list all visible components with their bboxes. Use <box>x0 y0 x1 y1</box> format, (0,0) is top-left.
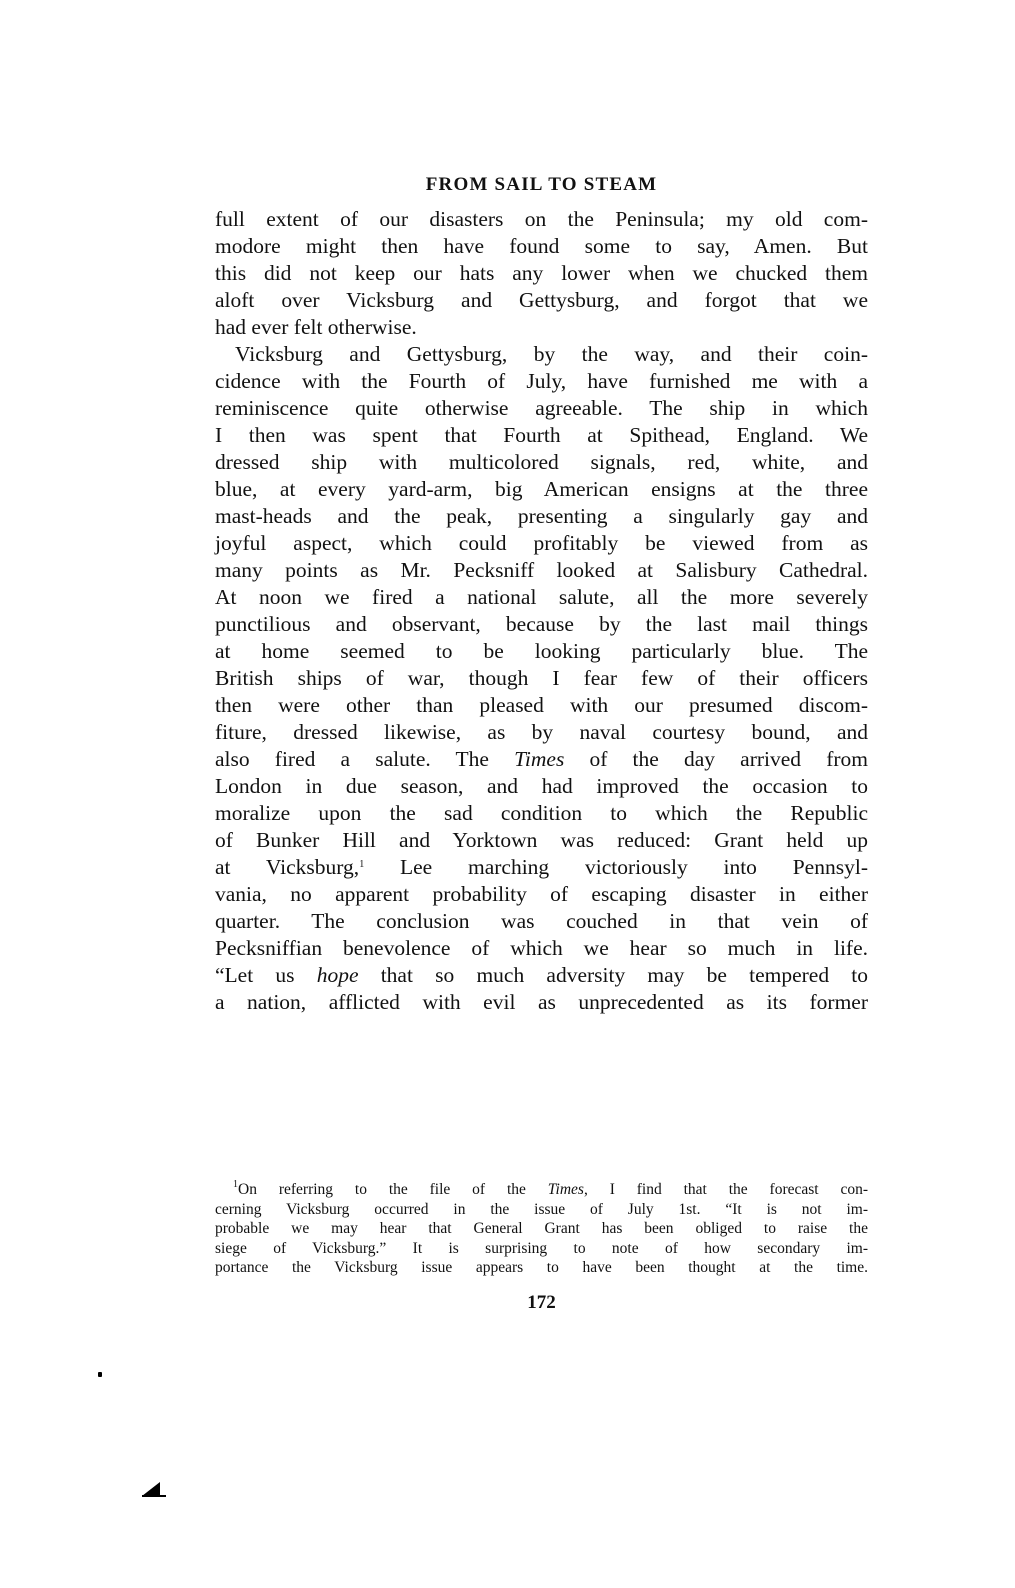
text-segment: On referring to the file of the <box>238 1181 548 1198</box>
scan-artifact-corner <box>142 1482 160 1496</box>
text-line-24: of Bunker Hill and Yorktown was reduced:… <box>215 827 868 854</box>
footnote-line-4: siege of Vicksburg.” It is surprising to… <box>215 1239 868 1259</box>
text-line-3: this did not keep our hats any lower whe… <box>215 260 868 287</box>
text-line-2: modore might then have found some to say… <box>215 233 868 260</box>
italic-emphasis: hope <box>317 963 359 987</box>
text-line-9: I then was spent that Fourth at Spithead… <box>215 422 868 449</box>
text-segment: that so much adversity may be tempered t… <box>359 963 869 987</box>
footnote-line-3: probable we may hear that General Grant … <box>215 1219 868 1239</box>
text-line-10: dressed ship with multicolored signals, … <box>215 449 868 476</box>
text-line-8: reminiscence quite otherwise agreeable. … <box>215 395 868 422</box>
text-line-11: blue, at every yard-arm, big American en… <box>215 476 868 503</box>
text-line-26: vania, no apparent probability of escapi… <box>215 881 868 908</box>
text-line-19: then were other than pleased with our pr… <box>215 692 868 719</box>
text-line-18: British ships of war, though I fear few … <box>215 665 868 692</box>
text-line-27: quarter. The conclusion was couched in t… <box>215 908 868 935</box>
scan-artifact-line <box>142 1495 166 1497</box>
text-line-1: full extent of our disasters on the Peni… <box>215 206 868 233</box>
text-line-13: joyful aspect, which could profitably be… <box>215 530 868 557</box>
text-line-6: Vicksburg and Gettysburg, by the way, an… <box>215 341 868 368</box>
footnote: 1On referring to the file of the Times, … <box>215 1180 868 1278</box>
body-text: full extent of our disasters on the Peni… <box>215 206 868 1016</box>
text-line-30: a nation, afflicted with evil as unprece… <box>215 989 868 1016</box>
book-page: FROM SAIL TO STEAM full extent of our di… <box>0 0 1015 1588</box>
italic-title: Times <box>548 1181 584 1198</box>
page-number: 172 <box>215 1292 868 1314</box>
text-line-16: punctilious and observant, because by th… <box>215 611 868 638</box>
text-line-15: At noon we fired a national salute, all … <box>215 584 868 611</box>
text-line-7: cidence with the Fourth of July, have fu… <box>215 368 868 395</box>
text-segment: “Let us <box>215 963 317 987</box>
text-line-29: “Let us hope that so much adversity may … <box>215 962 868 989</box>
italic-title: Times <box>514 747 564 771</box>
text-segment: Lee marching victoriously into Pennsyl- <box>364 855 868 879</box>
running-head: FROM SAIL TO STEAM <box>215 174 868 196</box>
text-line-25: at Vicksburg,1 Lee marching victoriously… <box>215 854 868 881</box>
text-line-21: also fired a salute. The Times of the da… <box>215 746 868 773</box>
footnote-line-2: cerning Vicksburg occurred in the issue … <box>215 1200 868 1220</box>
footnote-line-1: 1On referring to the file of the Times, … <box>215 1180 868 1200</box>
text-segment: at Vicksburg, <box>215 855 359 879</box>
text-line-5: had ever felt otherwise. <box>215 314 868 341</box>
text-line-14: many points as Mr. Pecksniff looked at S… <box>215 557 868 584</box>
text-line-23: moralize upon the sad condition to which… <box>215 800 868 827</box>
text-segment: , I find that the forecast con- <box>584 1181 868 1198</box>
scan-artifact-dot <box>98 1372 102 1377</box>
text-line-17: at home seemed to be looking particularl… <box>215 638 868 665</box>
text-line-4: aloft over Vicksburg and Gettysburg, and… <box>215 287 868 314</box>
text-line-28: Pecksniffian benevolence of which we hea… <box>215 935 868 962</box>
text-line-20: fiture, dressed likewise, as by naval co… <box>215 719 868 746</box>
text-segment: of the day arrived from <box>564 747 868 771</box>
text-line-22: London in due season, and had improved t… <box>215 773 868 800</box>
text-line-12: mast-heads and the peak, presenting a si… <box>215 503 868 530</box>
footnote-line-5: portance the Vicksburg issue appears to … <box>215 1258 868 1278</box>
text-segment: also fired a salute. The <box>215 747 514 771</box>
